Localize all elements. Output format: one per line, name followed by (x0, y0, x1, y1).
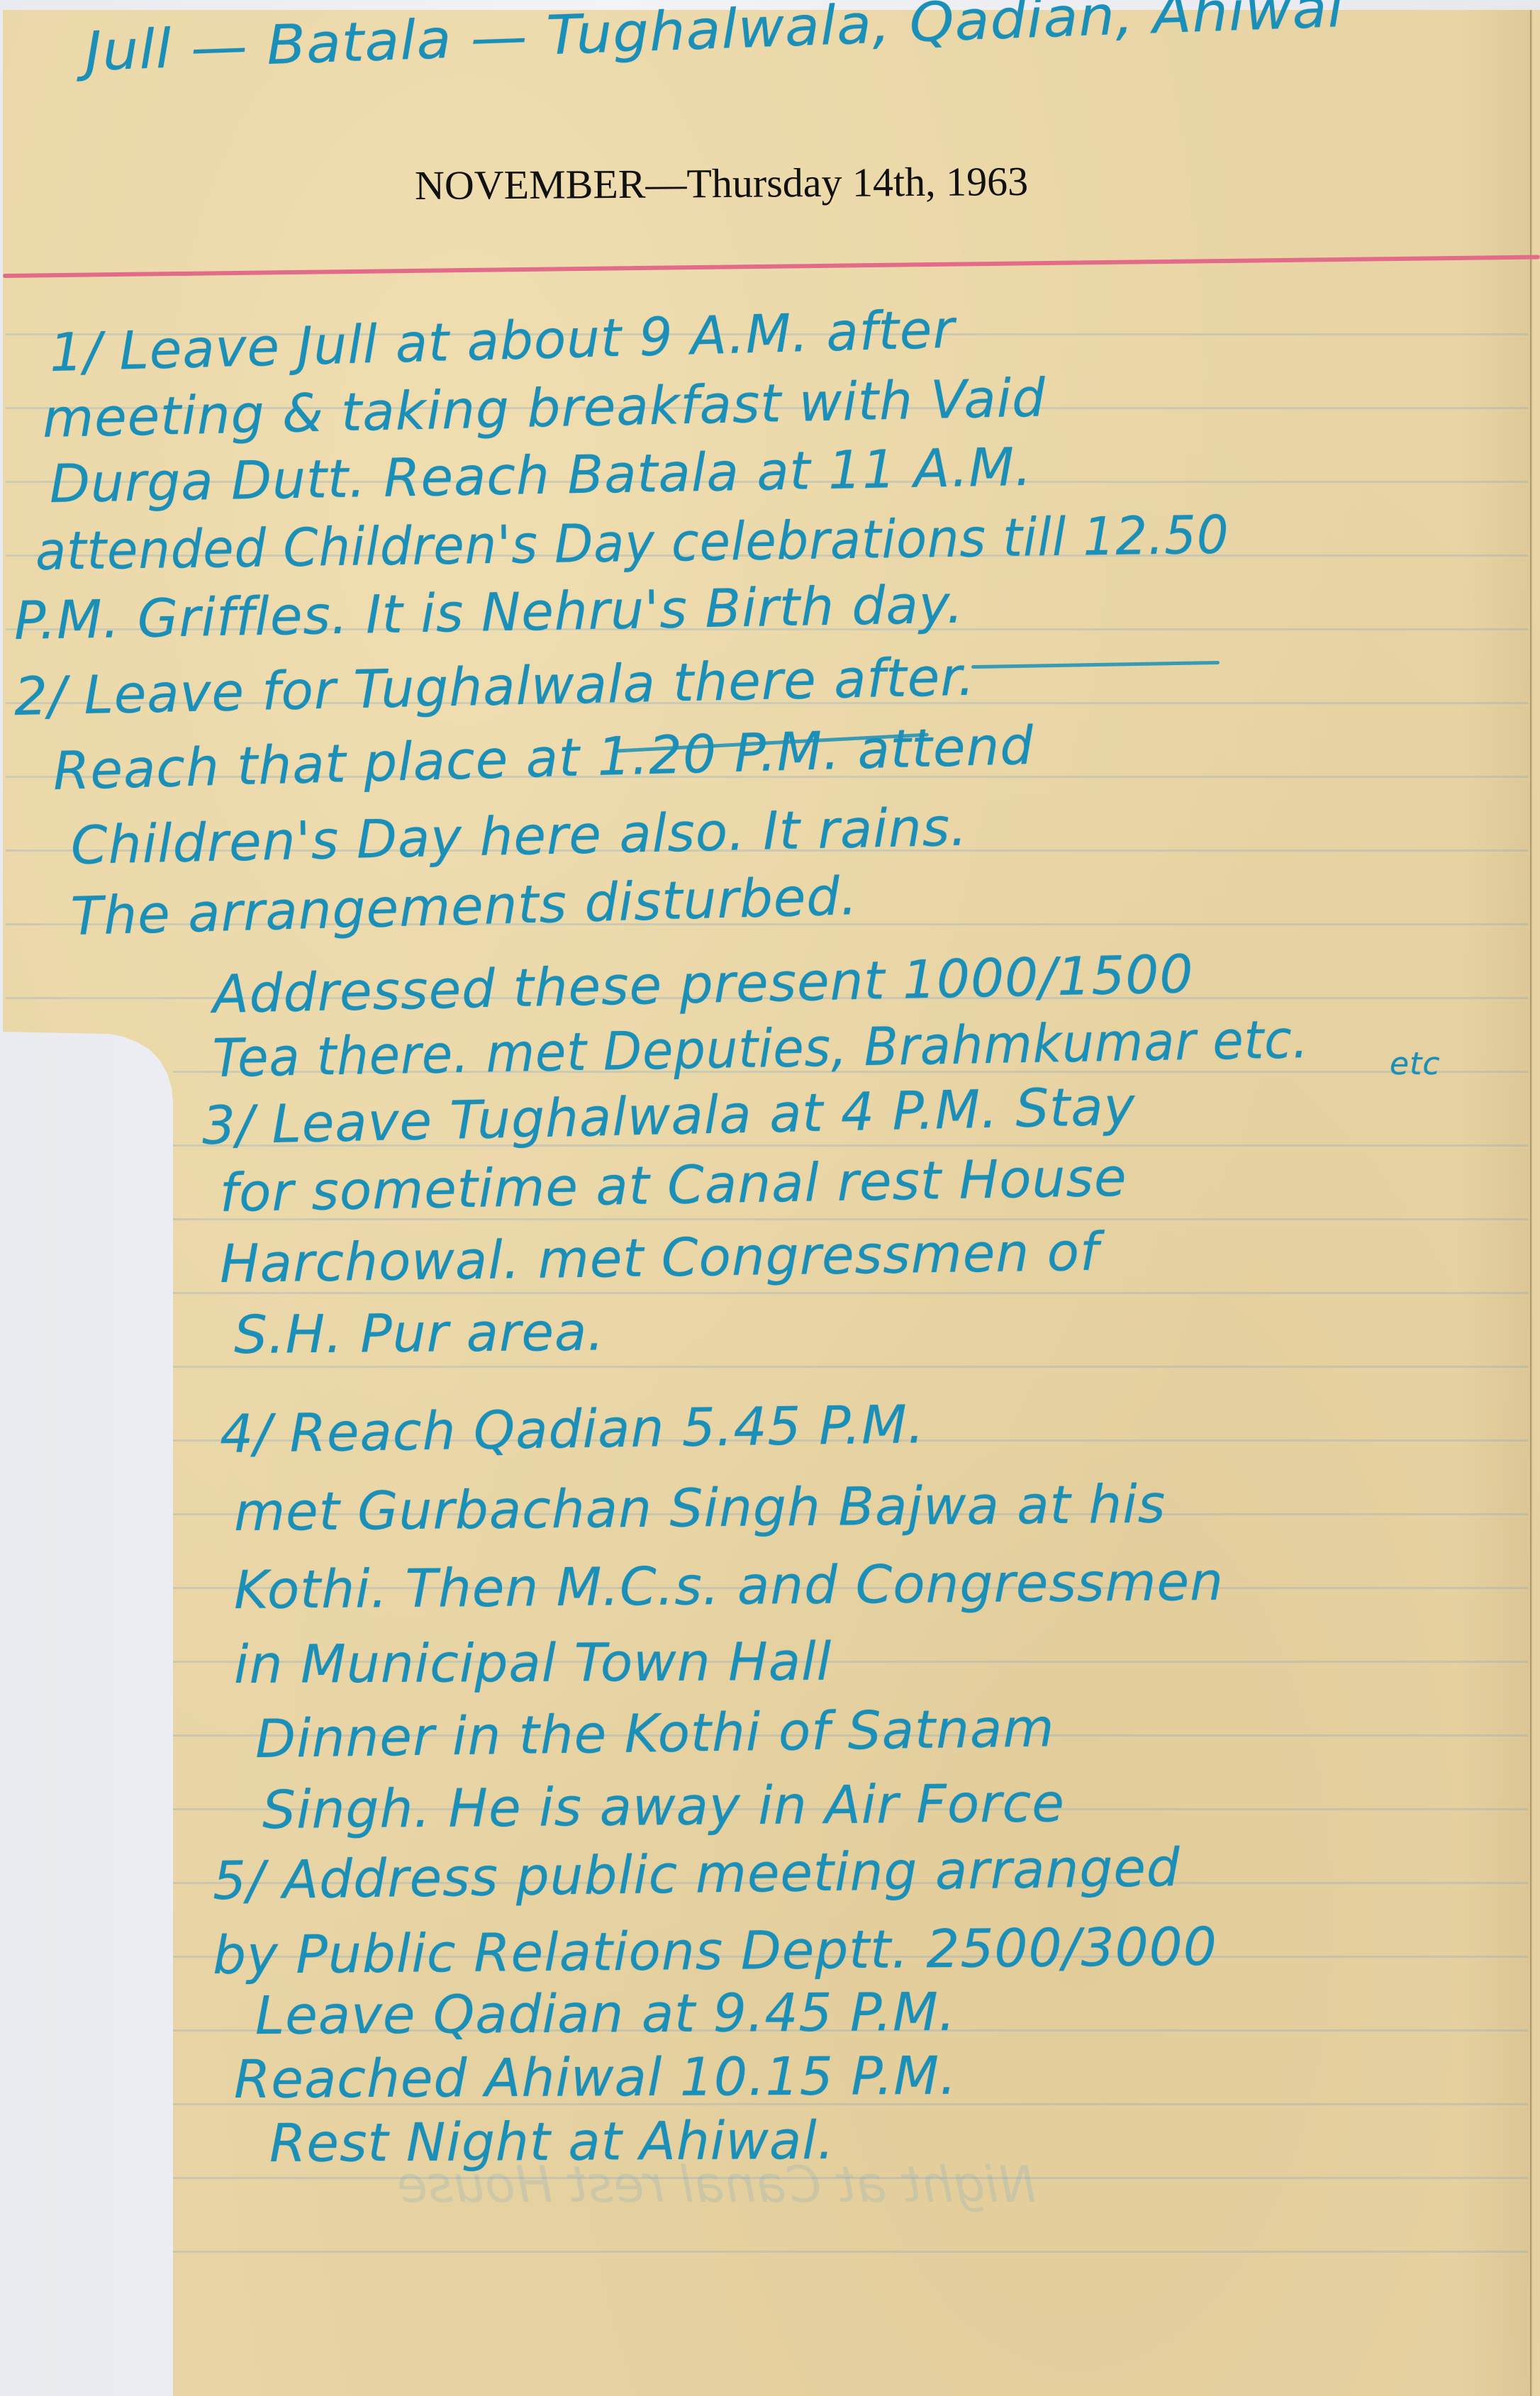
ruled-line (173, 2251, 1528, 2253)
entry-line: Harchowal. met Congressmen of (219, 1222, 1099, 1295)
entry-line: Leave Qadian at 9.45 P.M. (255, 1982, 956, 2046)
superscript-note: etc (1390, 1046, 1441, 1082)
entry-line: Singh. He is away in Air Force (262, 1773, 1066, 1841)
entry-line: 4/ Reach Qadian 5.45 P.M. (219, 1394, 925, 1465)
entry-line: Rest Night at Ahiwal. (269, 2110, 835, 2174)
printed-date-header: NOVEMBER—Thursday 14th, 1963 (415, 157, 1029, 209)
entry-line: by Public Relations Deptt. 2500/3000 (213, 1917, 1218, 1986)
entry-line: Kothi. Then M.C.s. and Congressmen (234, 1551, 1224, 1621)
entry-line: met Gurbachan Singh Bajwa at his (234, 1474, 1166, 1543)
entry-line: S.H. Pur area. (234, 1301, 606, 1366)
ruled-line (173, 1366, 1528, 1368)
entry-line: Dinner in the Kothi of Satnam (255, 1698, 1055, 1770)
entry-line: in Municipal Town Hall (234, 1632, 832, 1695)
entry-line: Reached Ahiwal 10.15 P.M. (234, 2046, 957, 2110)
binding-shadow (1461, 10, 1531, 2396)
page-fold-line (1530, 10, 1532, 2396)
